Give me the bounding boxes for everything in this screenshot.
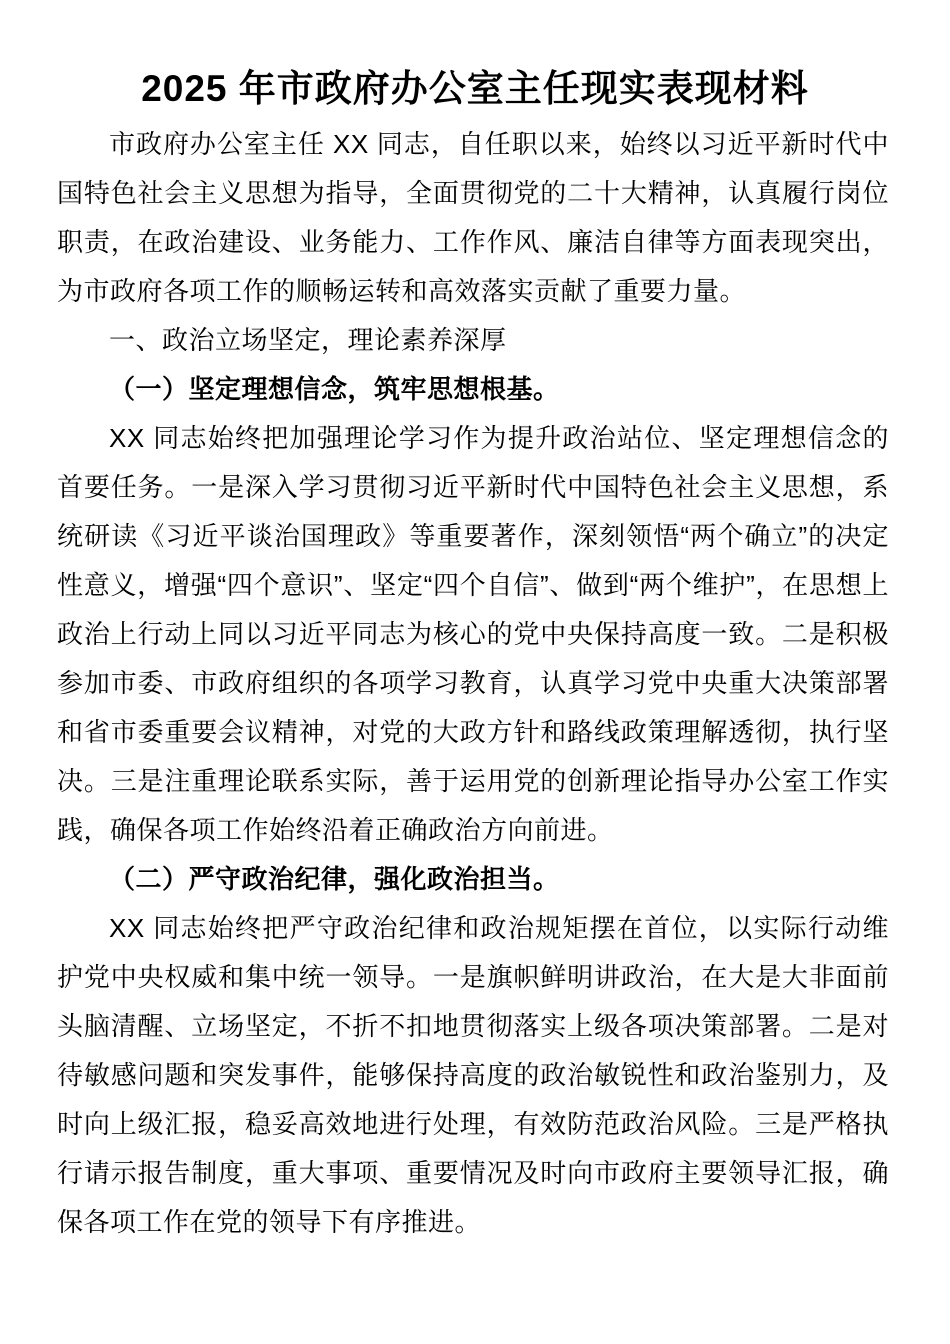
subsection-heading-1-1: （一）坚定理想信念，筑牢思想根基。 (57, 365, 889, 414)
document-body: 市政府办公室主任 XX 同志，自任职以来，始终以习近平新时代中国特色社会主义思想… (57, 120, 889, 1247)
section-heading-1: 一、政治立场坚定，理论素养深厚 (57, 316, 889, 365)
document-title: 2025 年市政府办公室主任现实表现材料 (0, 64, 950, 114)
document-page: 2025 年市政府办公室主任现实表现材料 市政府办公室主任 XX 同志，自任职以… (0, 0, 950, 1344)
paragraph-intro: 市政府办公室主任 XX 同志，自任职以来，始终以习近平新时代中国特色社会主义思想… (57, 120, 889, 316)
subsection-heading-1-2: （二）严守政治纪律，强化政治担当。 (57, 855, 889, 904)
paragraph-1-2: XX 同志始终把严守政治纪律和政治规矩摆在首位，以实际行动维护党中央权威和集中统… (57, 904, 889, 1247)
paragraph-1-1: XX 同志始终把加强理论学习作为提升政治站位、坚定理想信念的首要任务。一是深入学… (57, 414, 889, 855)
